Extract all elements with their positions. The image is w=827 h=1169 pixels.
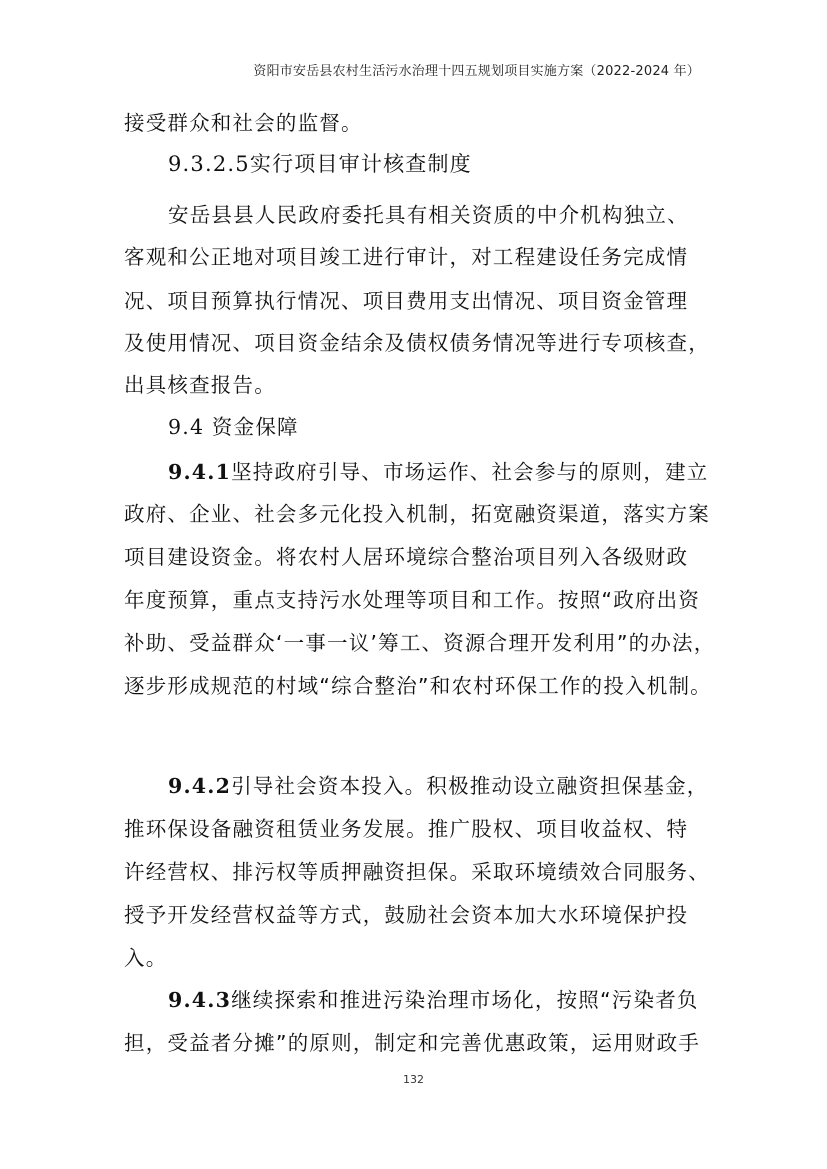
paragraph-line: 出具核查报告。	[124, 368, 276, 398]
paragraph-line: 推环保设备融资租赁业务发展。推广股权、项目收益权、特	[124, 812, 688, 842]
section-number: 9.4.2	[168, 774, 231, 798]
section-number: 9.3.2.5	[168, 152, 250, 176]
paragraph-line: 补助、受益群众‘一事一议’筹工、资源合理开发利用”的办法，	[124, 626, 715, 656]
section-heading-9-3-2-5: 9.3.2.5实行项目审计核查制度	[168, 148, 472, 178]
paragraph-line: 接受群众和社会的监督。	[124, 106, 363, 136]
paragraph-line: 年度预算，重点支持污水处理等项目和工作。按照“政府出资	[124, 583, 700, 613]
section-number: 9.4.1	[168, 460, 231, 484]
paragraph-line: 担，受益者分摊”的原则，制定和完善优惠政策，运用财政手	[124, 1026, 700, 1056]
paragraph-line: 逐步形成规范的村域“综合整治”和农村环保工作的投入机制。	[124, 669, 712, 699]
section-number: 9.4	[168, 415, 204, 439]
paragraph-line: 客观和公正地对项目竣工进行审计，对工程建设任务完成情	[124, 240, 688, 270]
paragraph-text: 坚持政府引导、市场运作、社会参与的原则，建立	[231, 460, 708, 484]
paragraph-9-4-1-start: 9.4.1坚持政府引导、市场运作、社会参与的原则，建立	[168, 455, 708, 485]
paragraph-line: 及使用情况、项目资金结余及债权债务情况等进行专项核查，	[124, 326, 710, 356]
paragraph-line: 入。	[124, 941, 167, 971]
paragraph-9-4-3-start: 9.4.3继续探索和推进污染治理市场化，按照“污染者负	[168, 983, 699, 1013]
paragraph-9-4-2-start: 9.4.2引导社会资本投入。积极推动设立融资担保基金，	[168, 769, 708, 799]
section-title: 实行项目审计核查制度	[250, 152, 472, 176]
paragraph-line: 许经营权、排污权等质押融资担保。采取环境绩效合同服务、	[124, 855, 710, 885]
paragraph-line: 政府、企业、社会多元化投入机制，拓宽融资渠道，落实方案	[124, 497, 710, 527]
page-number: 132	[0, 1073, 827, 1086]
paragraph-line: 项目建设资金。将农村人居环境综合整治项目列入各级财政	[124, 540, 688, 570]
paragraph-line: 授予开发经营权益等方式，鼓励社会资本加大水环境保护投	[124, 898, 688, 928]
section-heading-9-4: 9.4 资金保障	[168, 410, 299, 440]
section-number: 9.4.3	[168, 988, 231, 1012]
paragraph-text: 引导社会资本投入。积极推动设立融资担保基金，	[231, 774, 708, 798]
paragraph-text: 继续探索和推进污染治理市场化，按照“污染者负	[231, 988, 699, 1012]
section-title: 资金保障	[204, 415, 299, 439]
paragraph-line: 况、项目预算执行情况、项目费用支出情况、项目资金管理	[124, 284, 688, 314]
paragraph-line: 安岳县县人民政府委托具有相关资质的中介机构独立、	[168, 198, 689, 228]
running-header: 资阳市安岳县农村生活污水治理十四五规划项目实施方案（2022-2024 年）	[253, 60, 700, 79]
